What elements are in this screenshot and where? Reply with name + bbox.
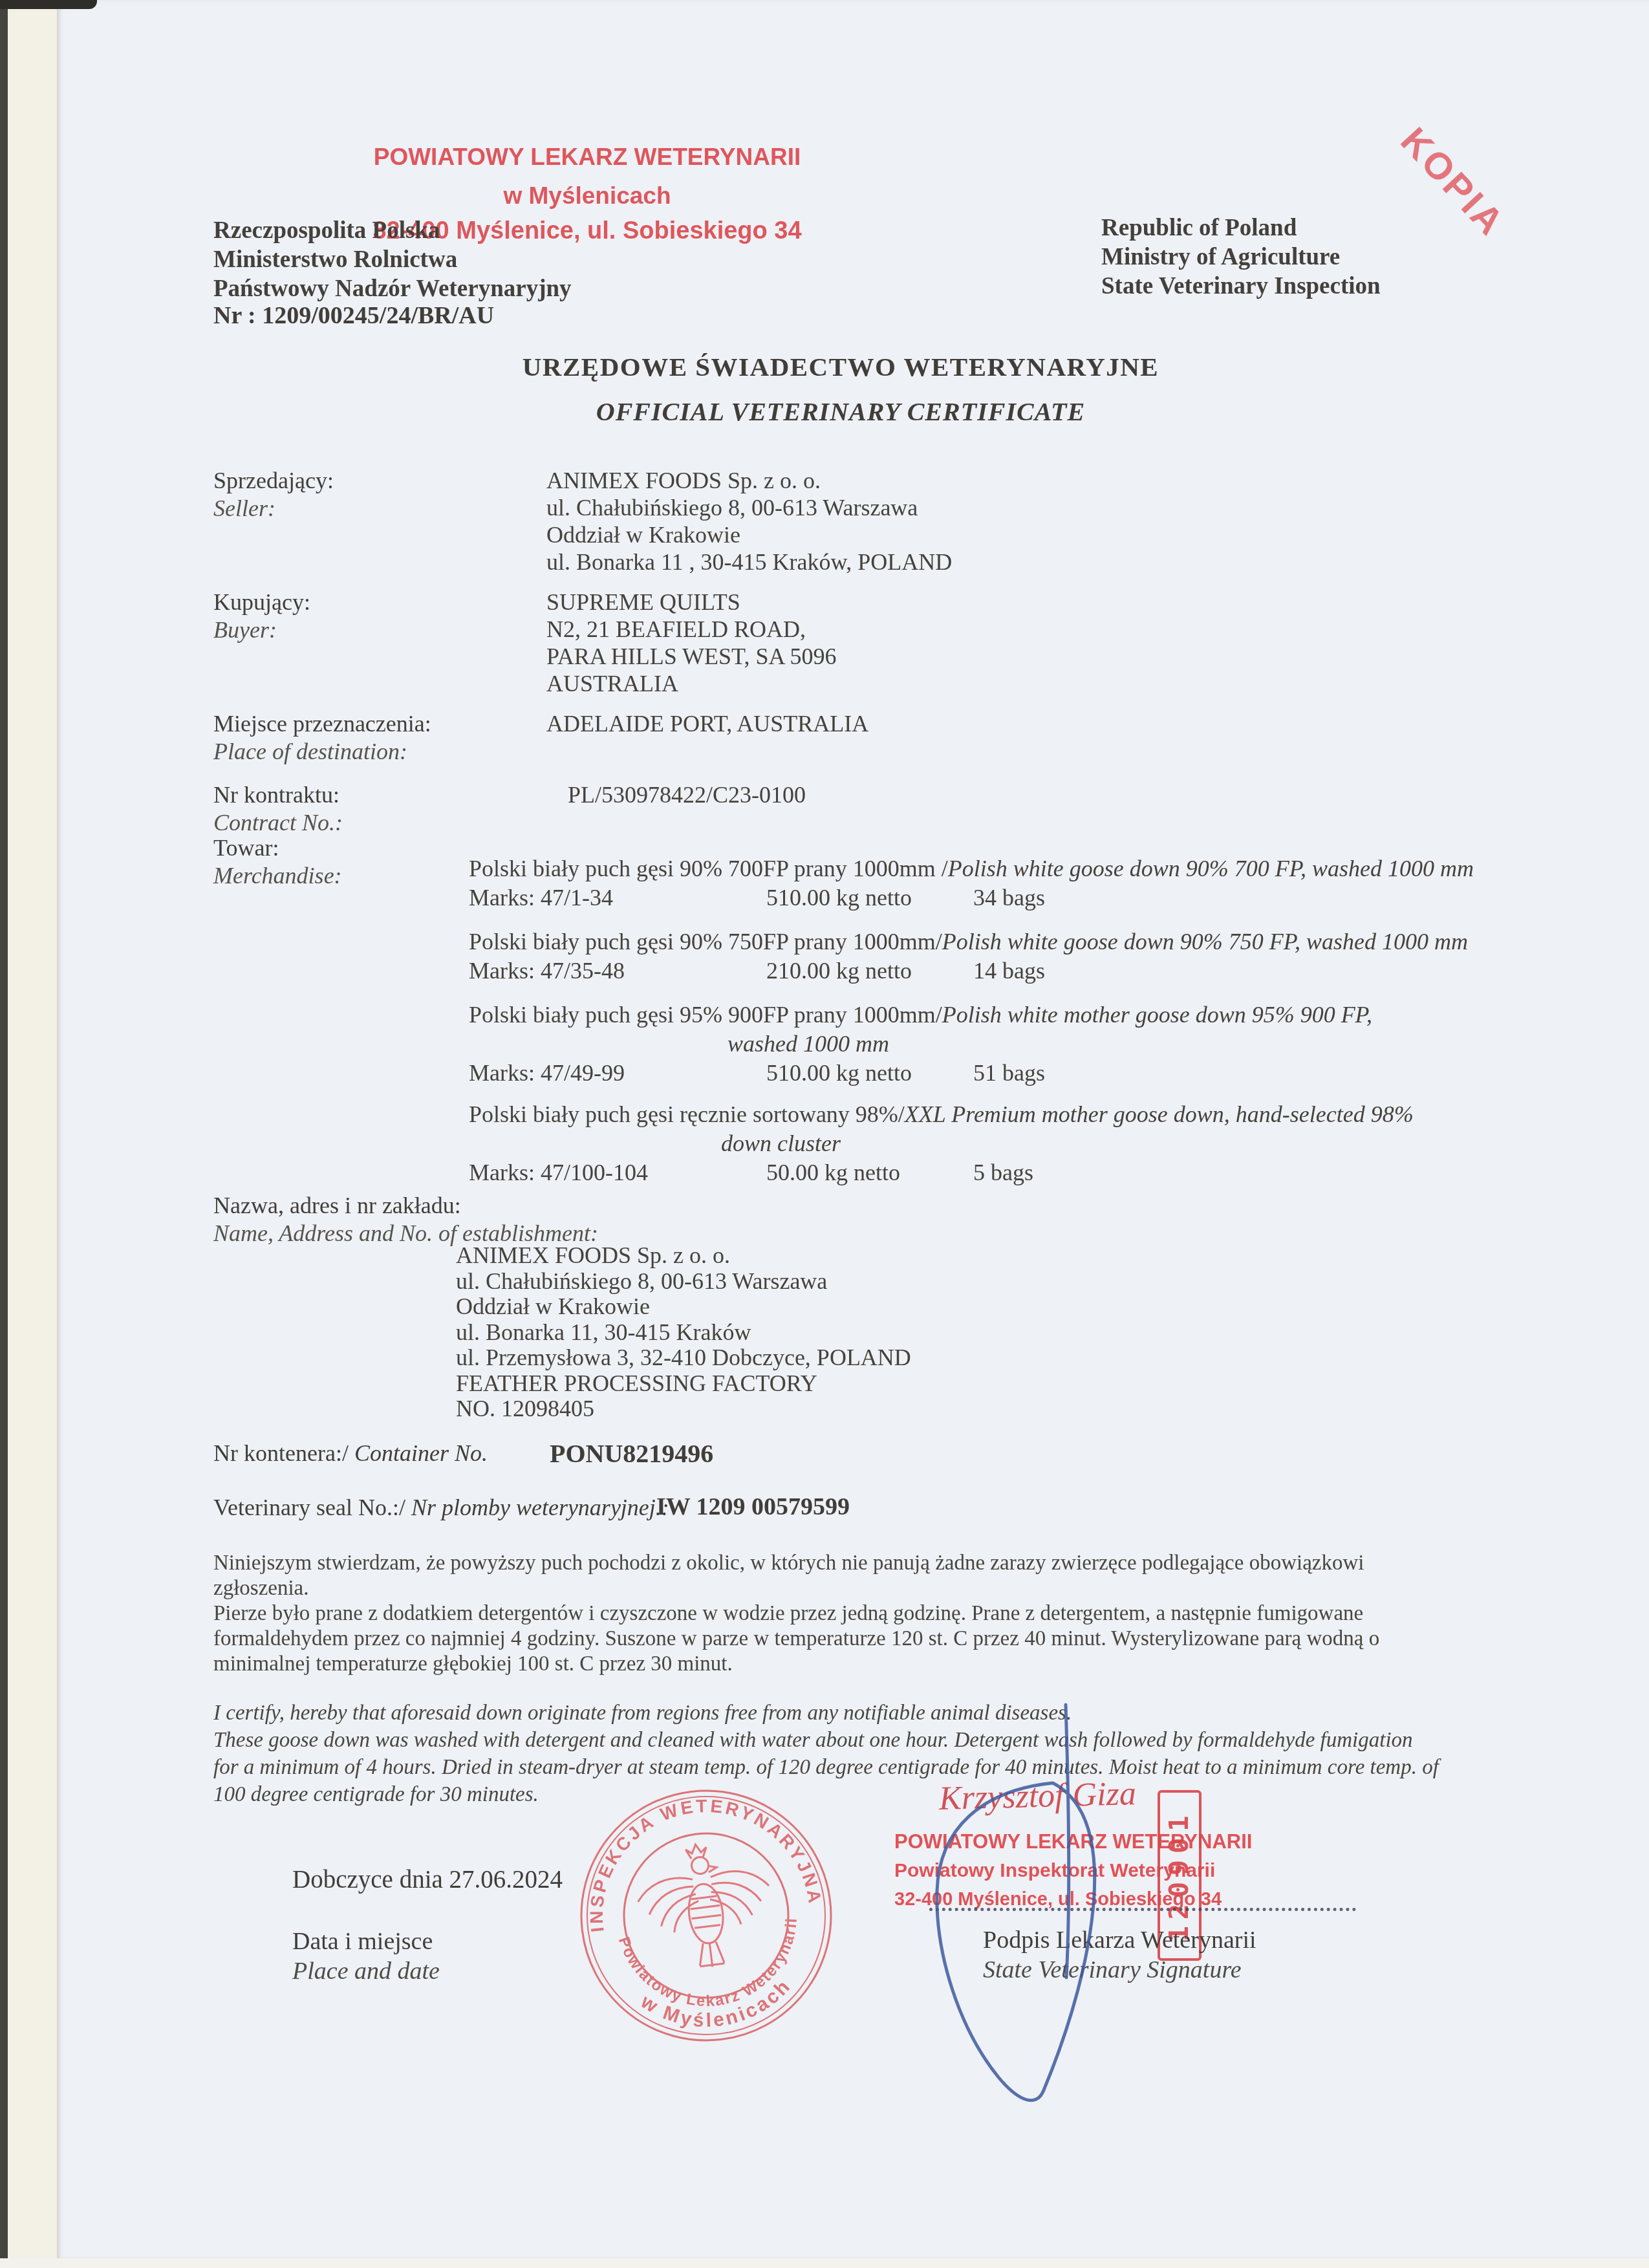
seller-line: ANIMEX FOODS Sp. z o. o. xyxy=(546,467,821,494)
certificate-number: Nr : 1209/00245/24/BR/AU xyxy=(213,301,494,330)
office-stamp-line2: w Myślenicach xyxy=(361,182,814,210)
scan-edge-corner xyxy=(0,0,97,9)
header-left-line: Państwowy Nadzór Weterynaryjny xyxy=(213,274,572,303)
merch-item-marks: Marks: 47/35-48210.00 kg netto14 bags xyxy=(469,957,1045,984)
header-left-line: Ministerstwo Rolnictwa xyxy=(213,245,572,274)
document-paper xyxy=(57,0,1649,2259)
destination-label-en: Place of destination: xyxy=(213,738,407,765)
merchandise-label-pl: Towar: xyxy=(213,834,279,861)
declaration-pl-line: formaldehydem przez co najmniej 4 godzin… xyxy=(213,1626,1379,1652)
establishment-line: NO. 12098405 xyxy=(456,1396,911,1422)
declaration-polish: Niniejszym stwierdzam, że powyższy puch … xyxy=(213,1551,1379,1677)
date-label-pl: Data i miejsce xyxy=(292,1927,433,1956)
establishment-block: ANIMEX FOODS Sp. z o. o. ul. Chałubiński… xyxy=(456,1243,911,1422)
signature-dotted-line xyxy=(929,1904,1356,1911)
merch-item-desc-cont: washed 1000 mm xyxy=(727,1030,889,1057)
header-right-line: State Veterinary Inspection xyxy=(1101,272,1381,301)
header-left-line: Rzeczpospolita Polska xyxy=(213,216,572,245)
contract-label-pl: Nr kontraktu: xyxy=(213,781,339,808)
merch-item-marks: Marks: 47/1-34510.00 kg netto34 bags xyxy=(469,884,1045,911)
merch-item-desc: Polski biały puch gęsi 90% 750FP prany 1… xyxy=(469,928,1468,955)
contract-label-en: Contract No.: xyxy=(213,809,343,836)
buyer-line: SUPREME QUILTS xyxy=(546,589,740,616)
header-right-block: Republic of Poland Ministry of Agricultu… xyxy=(1101,213,1381,301)
establishment-line: ul. Chałubińskiego 8, 00-613 Warszawa xyxy=(456,1269,911,1295)
merch-item-desc: Polski biały puch gęsi ręcznie sortowany… xyxy=(469,1101,1414,1128)
establishment-line: ANIMEX FOODS Sp. z o. o. xyxy=(456,1243,911,1269)
contract-value: PL/530978422/C23-0100 xyxy=(568,781,806,808)
scanned-veterinary-certificate: { "header": { "left_lines": ["Rzeczpospo… xyxy=(0,0,1649,2268)
scan-edge-left xyxy=(0,0,8,2268)
signature-label-pl: Podpis Lekarza Weterynarii xyxy=(983,1926,1256,1954)
seller-line: ul. Chałubińskiego 8, 00-613 Warszawa xyxy=(546,494,918,521)
seller-line: Oddział w Krakowie xyxy=(546,521,740,548)
declaration-en-line: I certify, hereby that aforesaid down or… xyxy=(213,1700,1439,1727)
scan-edge-bottom xyxy=(0,2258,1649,2268)
merch-item-marks: Marks: 47/49-99510.00 kg netto51 bags xyxy=(469,1059,1045,1086)
declaration-en-line: These goose down was washed with deterge… xyxy=(213,1727,1439,1754)
buyer-line: PARA HILLS WEST, SA 5096 xyxy=(546,643,836,670)
destination-label-pl: Miejsce przeznaczenia: xyxy=(213,710,431,737)
establishment-label-pl: Nazwa, adres i nr zakładu: xyxy=(213,1192,461,1219)
header-left-block: Rzeczpospolita Polska Ministerstwo Rolni… xyxy=(213,216,572,303)
date-place-value: Dobczyce dnia 27.06.2024 xyxy=(292,1865,563,1894)
office-stamp-line1: POWIATOWY LEKARZ WETERYNARII xyxy=(361,144,814,171)
declaration-en-line: for a minimum of 4 hours. Dried in steam… xyxy=(213,1754,1439,1781)
buyer-label-pl: Kupujący: xyxy=(213,589,310,616)
declaration-pl-line: minimalnej temperaturze głębokiej 100 st… xyxy=(213,1652,1379,1677)
merch-item-marks: Marks: 47/100-10450.00 kg netto5 bags xyxy=(469,1159,1033,1186)
declaration-english: I certify, hereby that aforesaid down or… xyxy=(213,1700,1439,1808)
establishment-line: ul. Przemysłowa 3, 32-410 Dobczyce, POLA… xyxy=(456,1345,911,1371)
merch-item-desc-cont: down cluster xyxy=(721,1130,841,1157)
seller-label-en: Seller: xyxy=(213,495,275,522)
establishment-line: Oddział w Krakowie xyxy=(456,1294,911,1320)
date-label-en: Place and date xyxy=(292,1957,440,1985)
signature-label-en: State Veterinary Signature xyxy=(983,1956,1242,1984)
header-right-line: Republic of Poland xyxy=(1101,213,1381,243)
seller-line: ul. Bonarka 11 , 30-415 Kraków, POLAND xyxy=(546,548,952,576)
merchandise-label-en: Merchandise: xyxy=(213,862,342,889)
buyer-line: AUSTRALIA xyxy=(546,670,678,697)
page-subtitle: OFFICIAL VETERINARY CERTIFICATE xyxy=(259,396,1423,427)
declaration-pl-line: zgłoszenia. xyxy=(213,1576,1379,1601)
container-number: PONU8219496 xyxy=(550,1438,713,1469)
declaration-pl-line: Niniejszym stwierdzam, że powyższy puch … xyxy=(213,1551,1379,1576)
declaration-pl-line: Pierze było prane z dodatkiem detergentó… xyxy=(213,1601,1379,1626)
header-right-line: Ministry of Agriculture xyxy=(1101,243,1381,272)
signer-name-stamp: Krzysztof Giza xyxy=(938,1775,1136,1818)
establishment-line: ul. Bonarka 11, 30-415 Kraków xyxy=(456,1320,911,1346)
seal-number: IW 1209 00579599 xyxy=(656,1493,850,1521)
container-label: Nr kontenera:/ Container No. xyxy=(213,1440,488,1467)
merch-item-desc: Polski biały puch gęsi 90% 700FP prany 1… xyxy=(469,855,1474,882)
buyer-label-en: Buyer: xyxy=(213,616,277,643)
destination-value: ADELAIDE PORT, AUSTRALIA xyxy=(546,710,868,737)
page-title: URZĘDOWE ŚWIADECTWO WETERYNARYJNE xyxy=(259,351,1423,382)
buyer-line: N2, 21 BEAFIELD ROAD, xyxy=(546,616,806,643)
declaration-en-line: 100 degree centigrade for 30 minutes. xyxy=(213,1781,1439,1808)
merch-item-desc: Polski biały puch gęsi 95% 900FP prany 1… xyxy=(469,1001,1372,1028)
seller-label-pl: Sprzedający: xyxy=(213,467,334,494)
establishment-line: FEATHER PROCESSING FACTORY xyxy=(456,1371,911,1397)
seal-label: Veterinary seal No.:/ Nr plomby weteryna… xyxy=(213,1494,669,1521)
